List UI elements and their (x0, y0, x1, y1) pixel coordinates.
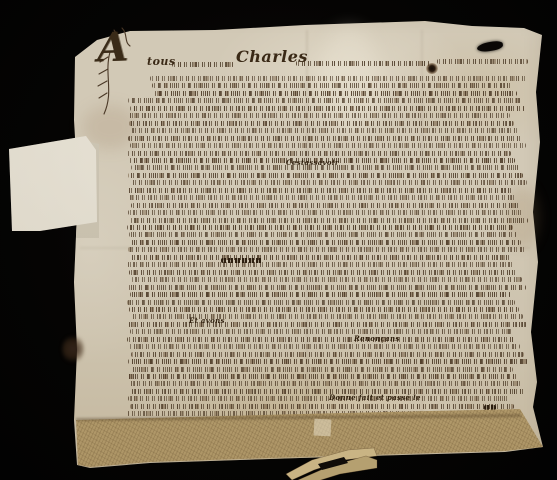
manuscript-line (127, 113, 510, 118)
manuscript-line (127, 188, 512, 193)
manuscript-line (131, 352, 524, 357)
manuscript-line (152, 83, 513, 88)
manuscript-line (128, 136, 522, 141)
manuscript-line (127, 151, 511, 156)
manuscript-line (130, 404, 514, 409)
manuscript-line (129, 121, 514, 126)
manuscript-line (127, 374, 517, 379)
seal-tag-pendant (278, 442, 388, 480)
manuscript-line (130, 292, 511, 297)
archival-photograph: A tous Charles CestassavoirEt avonsRenon… (0, 0, 557, 480)
decorated-initial-A: A (96, 27, 128, 68)
manuscript-line (130, 180, 527, 185)
heading-script (172, 62, 234, 67)
manuscript-line (130, 367, 513, 372)
emphasized-word: Donné fait et passé le (329, 394, 421, 401)
manuscript-line (131, 128, 518, 133)
manuscript-line (128, 285, 526, 290)
manuscript-line (130, 255, 510, 260)
manuscript-line (131, 277, 522, 282)
manuscript-line (150, 76, 528, 81)
manuscript-line (128, 247, 525, 252)
manuscript-line (129, 195, 516, 200)
emphasized-script (221, 258, 263, 263)
manuscript-line (127, 337, 516, 342)
manuscript-line (131, 203, 520, 208)
emphasized-word: Renonçans (354, 335, 400, 342)
manuscript-line (129, 344, 520, 349)
manuscript-line (128, 359, 528, 364)
manuscript-line (128, 396, 510, 401)
manuscript-line (130, 106, 525, 111)
manuscript-line (129, 307, 519, 312)
manuscript-line (128, 98, 521, 103)
manuscript-line (127, 300, 515, 305)
emphasized-script (484, 405, 496, 410)
emphasized-word: Et avons (189, 317, 225, 324)
manuscript-line (129, 232, 517, 237)
manuscript-line (130, 143, 526, 148)
manuscript-line (128, 322, 527, 327)
manuscript-line (130, 329, 512, 334)
manuscript-line (131, 389, 525, 394)
plica-light-patch (314, 419, 332, 437)
manuscript-line (130, 218, 528, 223)
manuscript-line (128, 210, 524, 215)
manuscript-line (129, 270, 518, 275)
emphasized-word: Cestassavoir (286, 159, 339, 166)
manuscript-line (154, 91, 517, 96)
heading-script (437, 59, 528, 64)
manuscript-line (131, 240, 521, 245)
manuscript-line (129, 381, 521, 386)
manuscript-line (127, 262, 514, 267)
heading-script (296, 61, 430, 66)
manuscript-line (127, 225, 513, 230)
manuscript-line (128, 173, 523, 178)
